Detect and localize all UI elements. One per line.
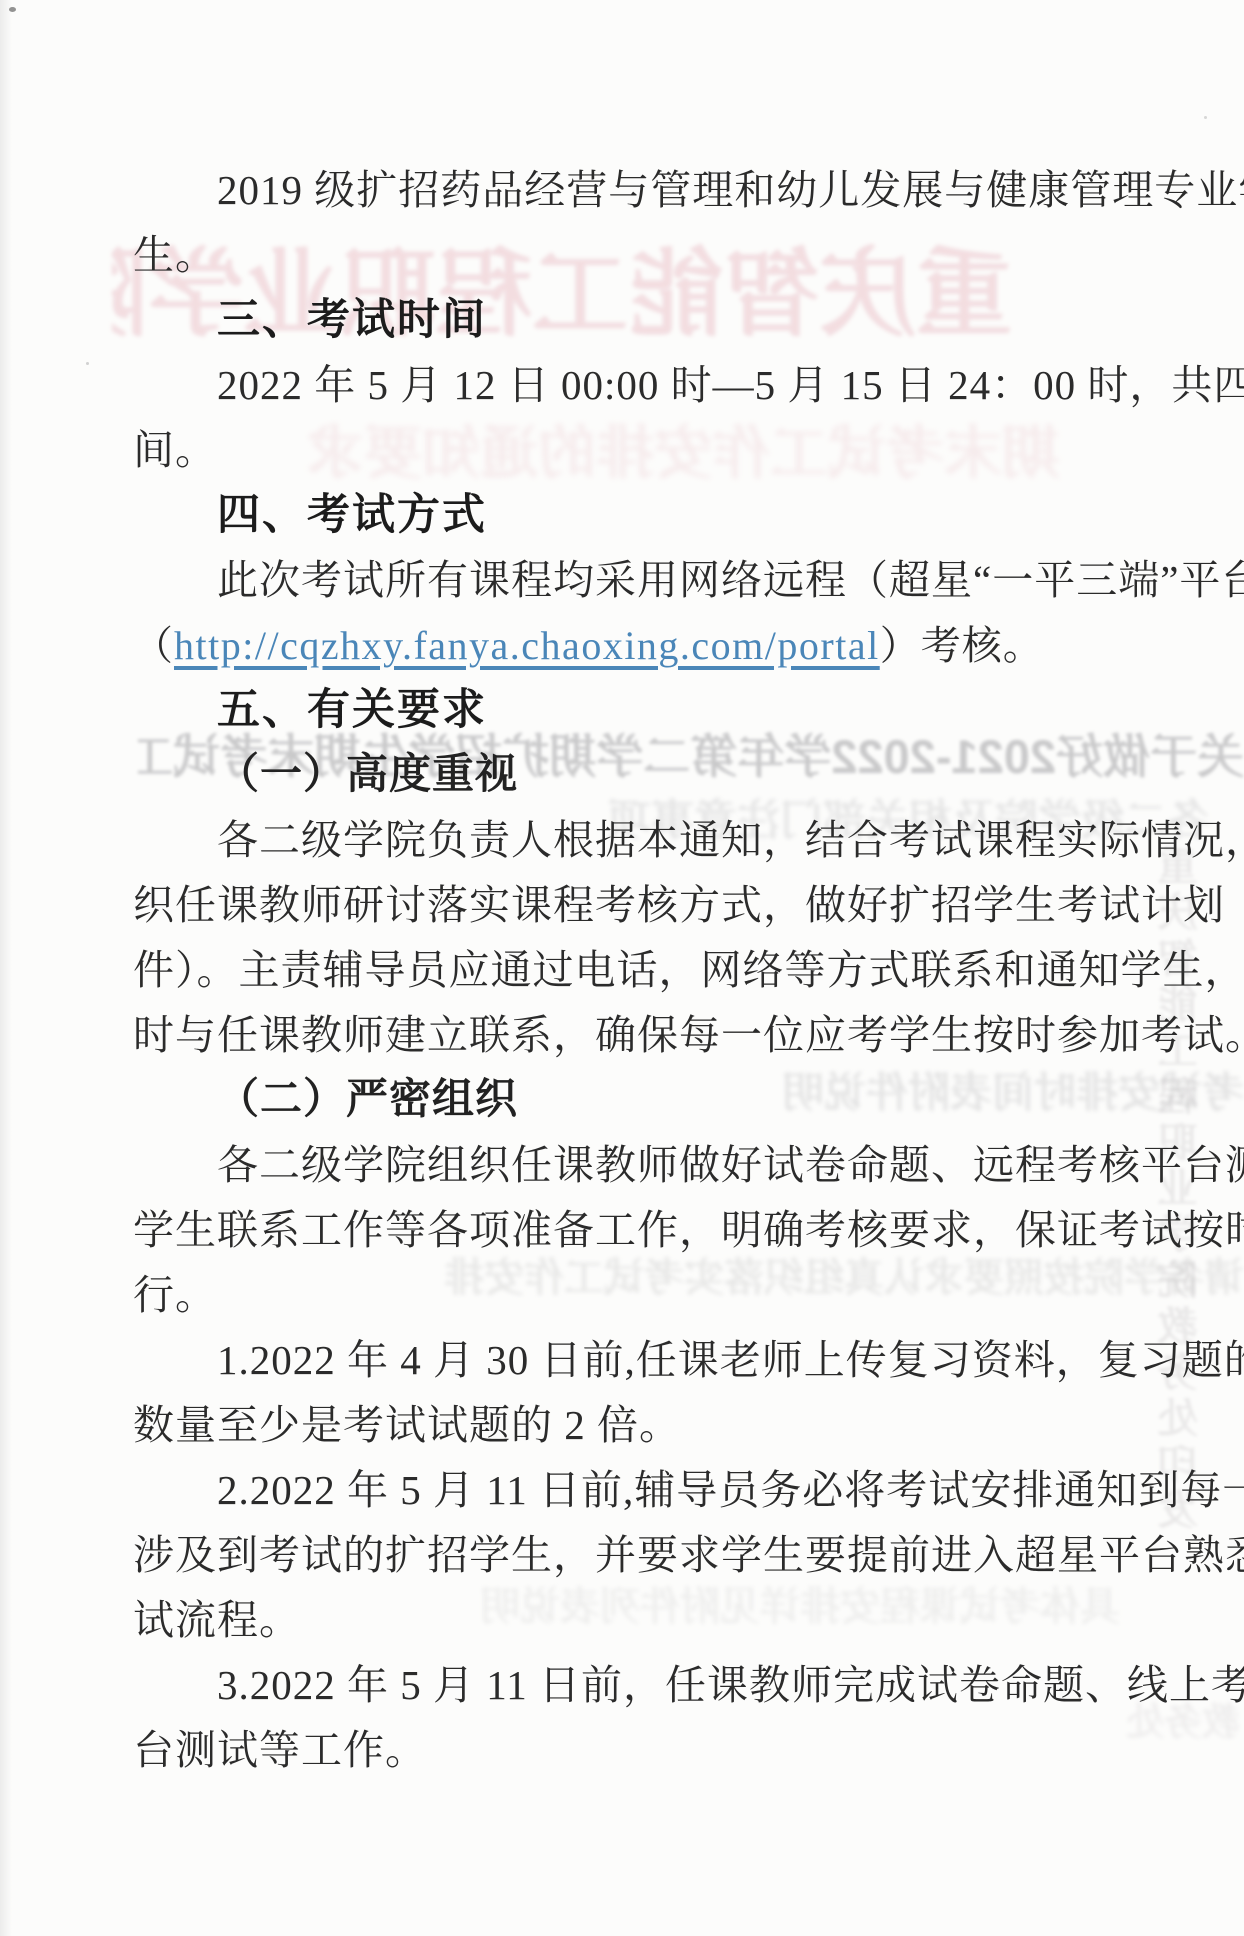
scan-edge-shadow: [0, 0, 12, 1936]
subsection-heading-attach-importance: （一）高度重视: [133, 743, 1123, 808]
text-line: 各二级学院负责人根据本通知，结合考试课程实际情况，组: [133, 808, 1123, 873]
url-prefix: （: [133, 623, 174, 668]
url-line: （http://cqzhxy.fanya.chaoxing.com/portal…: [133, 613, 1123, 678]
scanned-document-page: 重庆智能工程职业学院教务处通知 期末考试工作安排的通知要求 关于做好2021-2…: [0, 0, 1244, 1936]
text-line: 涉及到考试的扩招学生，并要求学生要提前进入超星平台熟悉考: [133, 1523, 1123, 1588]
text-line: 此次考试所有课程均采用网络远程（超星“一平三端”平台: [133, 548, 1123, 613]
scan-speck: [1204, 116, 1207, 119]
document-text-block: 2019 级扩招药品经营与管理和幼儿发展与健康管理专业学 生。 三、考试时间 2…: [133, 158, 1123, 1783]
text-line: 台测试等工作。: [133, 1718, 1123, 1783]
text-line: 生。: [133, 223, 1123, 288]
text-line: 各二级学院组织任课教师做好试卷命题、远程考核平台测试、: [133, 1133, 1123, 1198]
scan-speck: [86, 362, 89, 365]
text-line: 2019 级扩招药品经营与管理和幼儿发展与健康管理专业学: [133, 158, 1123, 223]
text-line: 间。: [133, 418, 1123, 483]
section-heading-requirements: 五、有关要求: [133, 678, 1123, 743]
text-line-item-1: 1.2022 年 4 月 30 日前,任课老师上传复习资料，复习题的总: [133, 1328, 1123, 1393]
text-line: 学生联系工作等各项准备工作，明确考核要求，保证考试按时进: [133, 1198, 1123, 1263]
text-line: 织任课教师研讨落实课程考核方式，做好扩招学生考试计划（附: [133, 873, 1123, 938]
text-line: 件）。主责辅导员应通过电话，网络等方式联系和通知学生，及: [133, 938, 1123, 1003]
text-line-item-3: 3.2022 年 5 月 11 日前，任课教师完成试卷命题、线上考核平: [133, 1653, 1123, 1718]
section-heading-exam-method: 四、考试方式: [133, 483, 1123, 548]
section-heading-exam-time: 三、考试时间: [133, 288, 1123, 353]
portal-url-link: http://cqzhxy.fanya.chaoxing.com/portal: [174, 623, 880, 668]
text-line-item-2: 2.2022 年 5 月 11 日前,辅导员务必将考试安排通知到每一个: [133, 1458, 1123, 1523]
text-line: 2022 年 5 月 12 日 00:00 时—5 月 15 日 24：00 时…: [133, 353, 1123, 418]
text-line: 数量至少是考试试题的 2 倍。: [133, 1393, 1123, 1458]
text-line: 试流程。: [133, 1588, 1123, 1653]
text-line: 行。: [133, 1263, 1123, 1328]
text-line: 时与任课教师建立联系，确保每一位应考学生按时参加考试。: [133, 1003, 1123, 1068]
scan-speck: [9, 7, 16, 12]
url-suffix: ）考核。: [880, 623, 1044, 668]
subsection-heading-tight-organization: （二）严密组织: [133, 1068, 1123, 1133]
